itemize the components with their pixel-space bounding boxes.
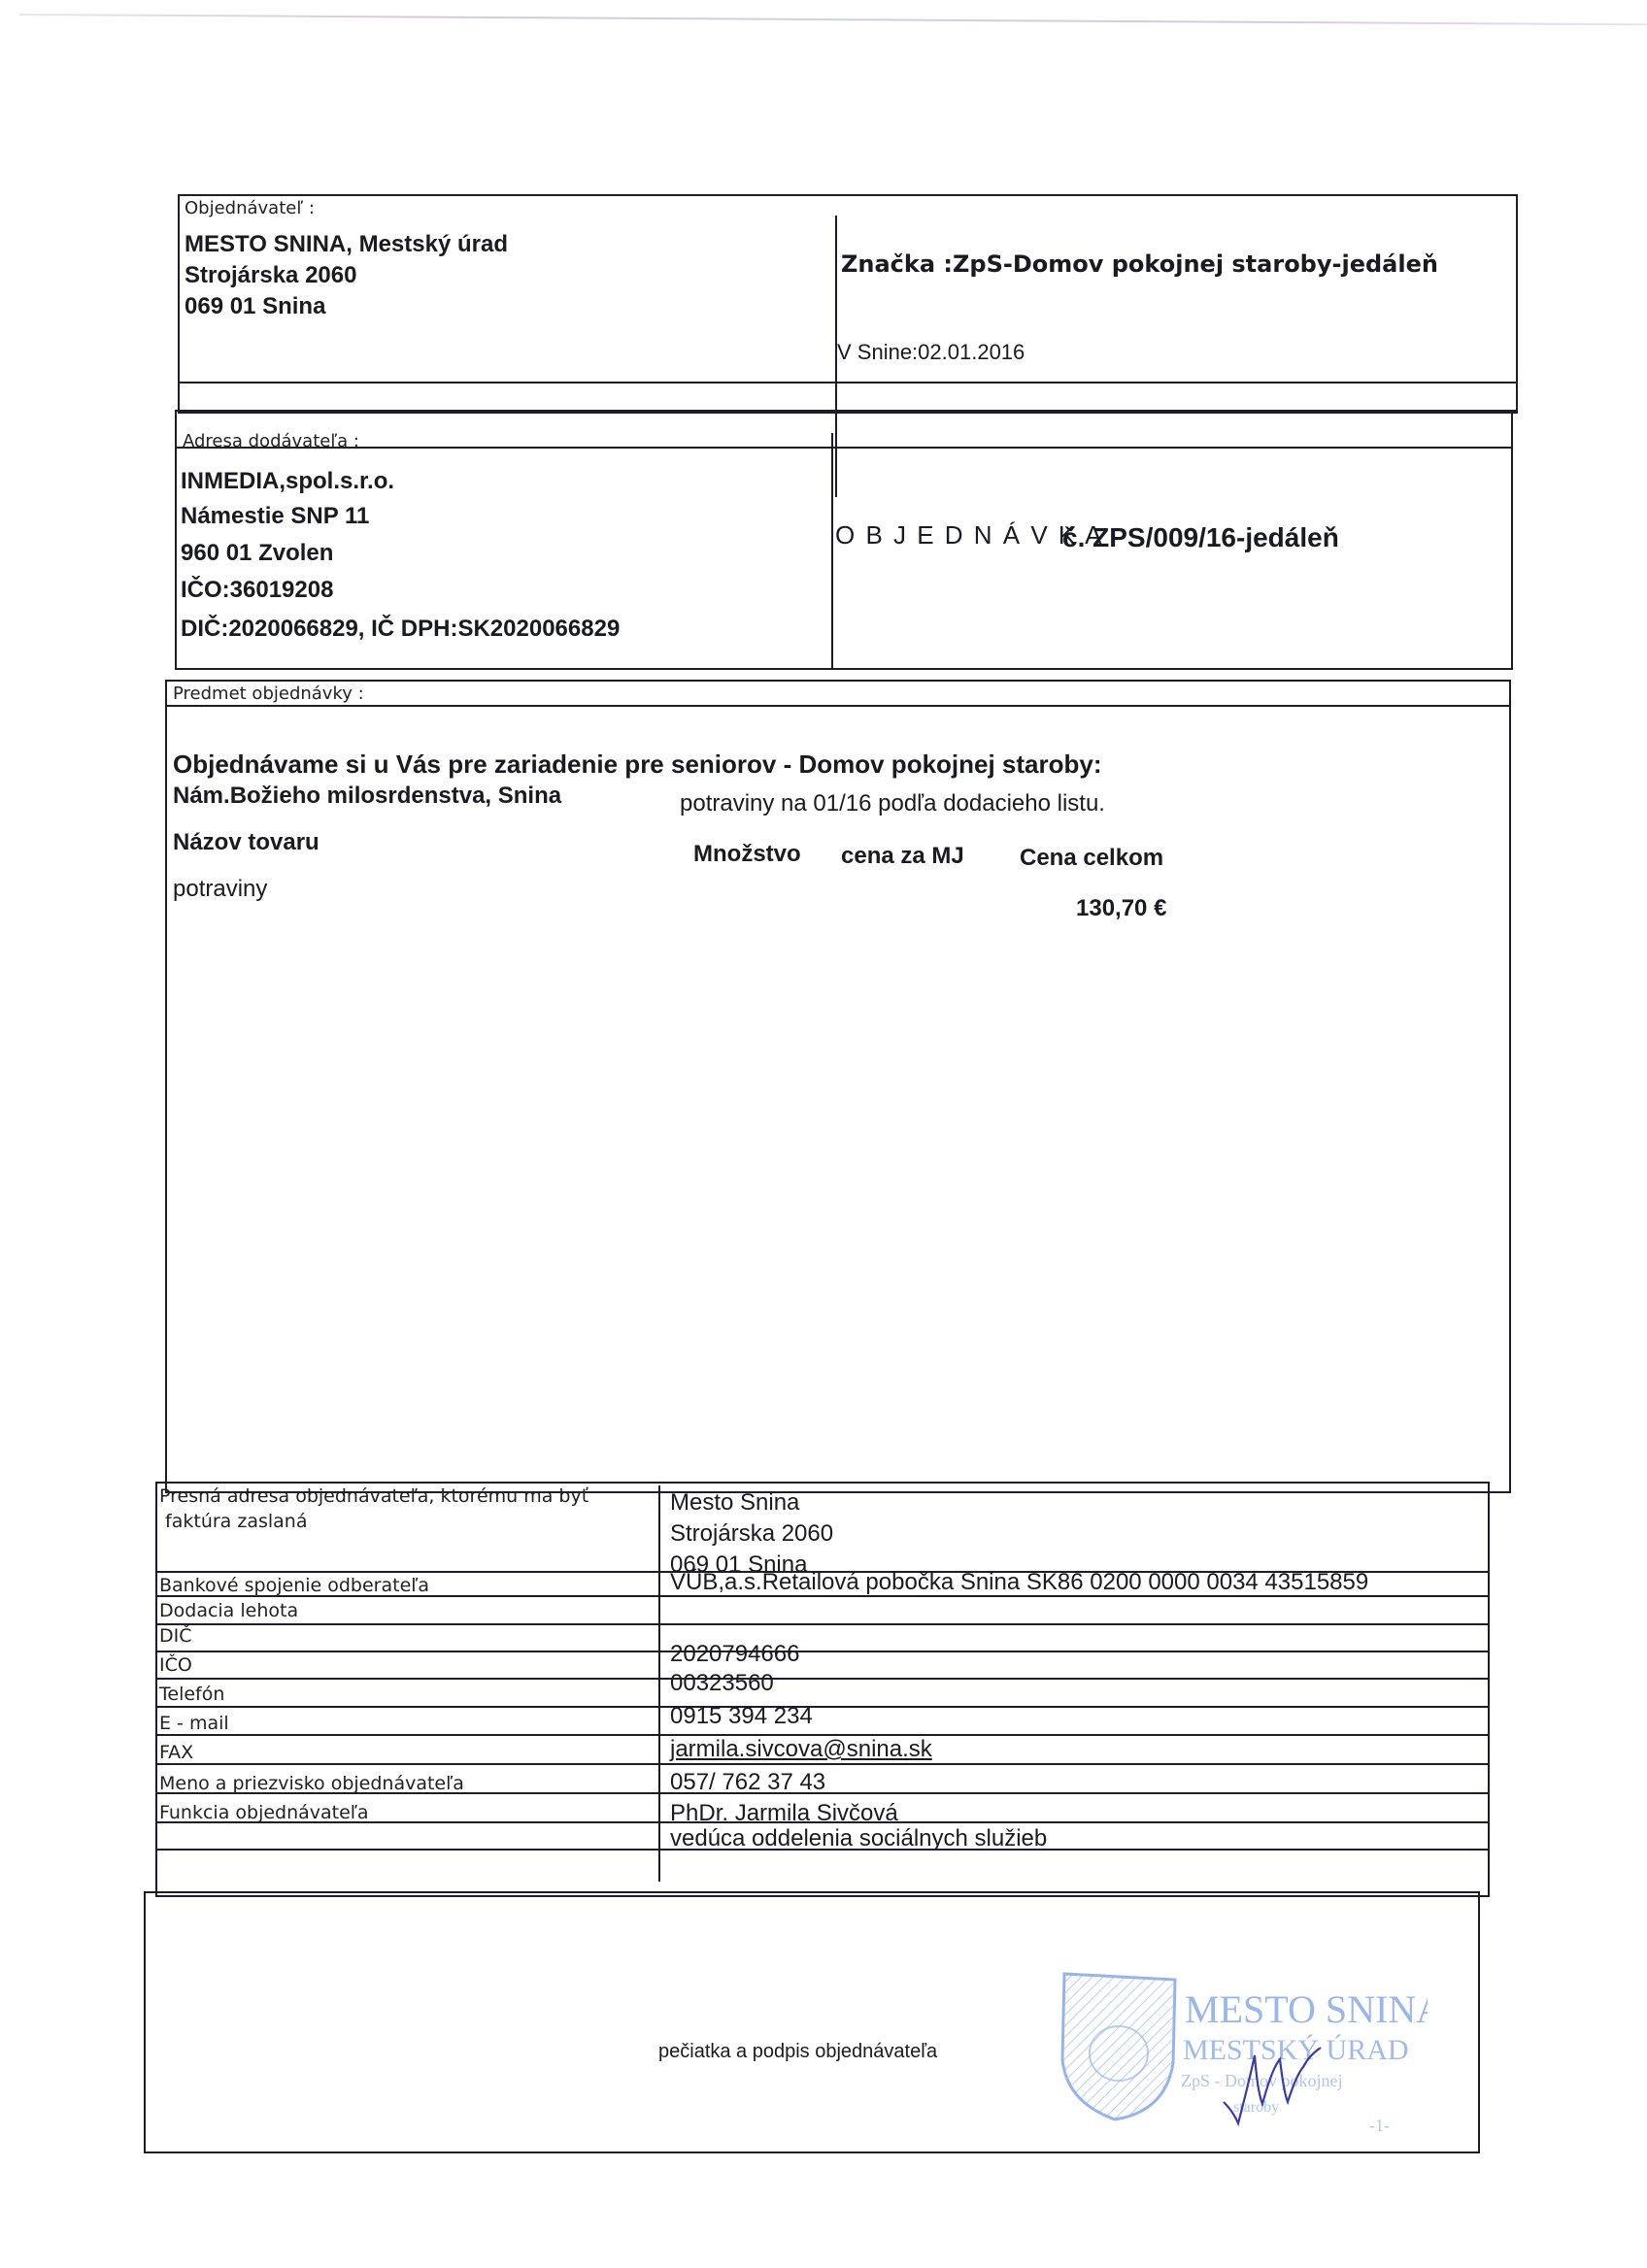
- orderer-name: MESTO SNINA, Mestský úrad: [185, 231, 508, 258]
- column-unit-price: cena za MJ: [841, 843, 964, 870]
- subject-line1: Objednávame si u Vás pre zariadenie pre …: [173, 750, 1102, 780]
- column-quantity: Množstvo: [693, 841, 801, 868]
- scan-edge-line: [19, 14, 1647, 25]
- orderer-city: 069 01 Snina: [185, 293, 325, 320]
- details-row-rule: [155, 1678, 1490, 1680]
- subject-label: Predmet objednávky :: [173, 684, 364, 704]
- detail-label-orderer-name: Meno a priezvisko objednávateľa: [159, 1773, 464, 1794]
- svg-text:-1-: -1-: [1369, 2116, 1390, 2135]
- svg-text:MESTSKÝ ÚRAD: MESTSKÝ ÚRAD: [1183, 2034, 1409, 2066]
- svg-text:MESTO SNINA: MESTO SNINA: [1185, 1987, 1428, 2031]
- supplier-city: 960 01 Zvolen: [181, 540, 333, 567]
- details-row-rule: [155, 1763, 1490, 1765]
- detail-value-orderer-name: PhDr. Jarmila Sivčová: [670, 1800, 898, 1827]
- signature-caption: pečiatka a podpis objednávateľa: [658, 2041, 937, 2063]
- detail-value-dic: 2020794666: [670, 1641, 799, 1668]
- detail-label-ico: IČO: [159, 1654, 192, 1676]
- orderer-label: Objednávateľ :: [185, 198, 315, 218]
- orderer-street: Strojárska 2060: [185, 262, 356, 289]
- order-number: č. ZPS/009/16-jedáleň: [1062, 522, 1339, 553]
- supplier-ico: IČO:36019208: [181, 577, 333, 604]
- detail-label-delivery: Dodacia lehota: [159, 1600, 298, 1621]
- column-total: Cena celkom: [1020, 845, 1163, 872]
- official-stamp: MESTO SNINA MESTSKÝ ÚRAD ZpS - Domov pok…: [1059, 1966, 1428, 2141]
- detail-value-invoice-address: Mesto Snina Strojárska 2060 069 01 Snina: [670, 1487, 833, 1581]
- detail-value-bank: VÚB,a.s.Retailová pobočka Snina SK86 020…: [670, 1569, 1368, 1596]
- item-total: 130,70 €: [1076, 895, 1166, 922]
- detail-value-email[interactable]: jarmila.sivcova@snina.sk: [670, 1736, 932, 1763]
- detail-value-function: vedúca oddelenia sociálnych služieb: [670, 1825, 1047, 1852]
- detail-value-fax: 057/ 762 37 43: [670, 1769, 825, 1796]
- supplier-divider: [831, 433, 833, 670]
- detail-label-invoice-address: Presná adresa objednávateľa, ktorému ma …: [159, 1484, 588, 1534]
- detail-value-ico: 00323560: [670, 1670, 774, 1697]
- header-rule: [178, 382, 1518, 384]
- detail-label-function: Funkcia objednávateľa: [159, 1802, 369, 1823]
- subject-top-rule: [165, 705, 1511, 707]
- column-item: Názov tovaru: [173, 829, 319, 856]
- item-name: potraviny: [173, 876, 267, 903]
- svg-text:ZpS - Domov pokojnej: ZpS - Domov pokojnej: [1181, 2071, 1343, 2090]
- details-row-rule: [155, 1706, 1490, 1708]
- supplier-label: Adresa dodávateľa :: [183, 431, 359, 451]
- subject-line2-left: Nám.Božieho milosrdenstva, Snina: [173, 783, 561, 810]
- supplier-name: INMEDIA,spol.s.r.o.: [181, 468, 394, 495]
- detail-label-fax: FAX: [159, 1742, 193, 1763]
- details-row-rule: [155, 1623, 1490, 1625]
- detail-label-email: E - mail: [159, 1713, 229, 1734]
- detail-label-phone: Telefón: [159, 1684, 224, 1705]
- details-row-rule: [155, 1651, 1490, 1652]
- coat-of-arms-icon: MESTO SNINA MESTSKÝ ÚRAD ZpS - Domov pok…: [1059, 1966, 1428, 2141]
- reference-mark: Značka :ZpS-Domov pokojnej staroby-jedál…: [841, 250, 1438, 278]
- supplier-street: Námestie SNP 11: [181, 503, 369, 530]
- detail-value-phone: 0915 394 234: [670, 1703, 813, 1730]
- detail-label-dic: DIČ: [159, 1625, 192, 1647]
- place-date: V Snine:02.01.2016: [837, 340, 1025, 365]
- subject-line2-right: potraviny na 01/16 podľa dodacieho listu…: [680, 790, 1105, 817]
- supplier-rule: [175, 447, 1513, 449]
- supplier-dic: DIČ:2020066829, IČ DPH:SK2020066829: [181, 616, 620, 643]
- detail-label-bank: Bankové spojenie odberateľa: [159, 1575, 429, 1596]
